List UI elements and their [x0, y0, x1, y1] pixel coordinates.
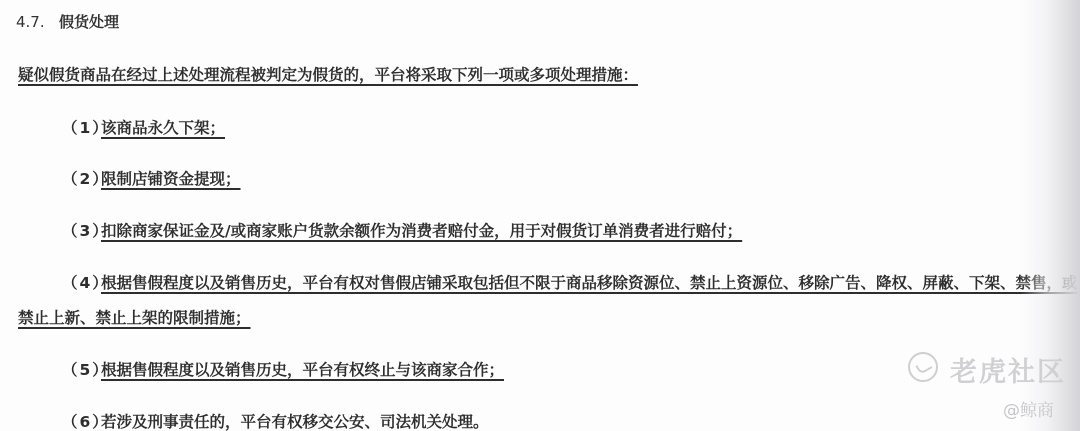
section-heading: 4.7.假货处理 [16, 11, 119, 32]
watermark-brand: 老虎社区 [950, 350, 1066, 389]
section-number: 4.7. [16, 13, 59, 31]
list-item: （3）扣除商家保证金及/或商家账户货款余额作为消费者赔付金，用于对假货订单消费者… [62, 219, 742, 241]
item-label: （3） [62, 219, 101, 241]
item-text: 限制店铺资金提现； [101, 170, 241, 188]
watermark-user: @鲸商 [1003, 396, 1054, 421]
item-label: （2） [62, 167, 101, 189]
item-text: 根据售假程度以及销售历史，平台有权对售假店铺采取包括但不限于商品移除资源位、禁止… [101, 274, 1078, 292]
item-text: 若涉及刑事责任的，平台有权移交公安、司法机关处理。 [101, 413, 489, 431]
list-item: （6）若涉及刑事责任的，平台有权移交公安、司法机关处理。 [62, 410, 489, 431]
item-text: 根据售假程度以及销售历史，平台有权终止与该商家合作； [101, 361, 504, 379]
tiger-logo-icon [908, 352, 938, 382]
item-label: （5） [62, 358, 101, 380]
item-label: （1） [62, 116, 101, 138]
intro-paragraph: 疑似假货商品在经过上述处理流程被判定为假货的，平台将采取下列一项或多项处理措施： [18, 63, 638, 85]
item-label: （4） [62, 271, 101, 293]
section-title: 假货处理 [59, 13, 119, 31]
list-item: （5）根据售假程度以及销售历史，平台有权终止与该商家合作； [62, 358, 504, 380]
item-text: 扣除商家保证金及/或商家账户货款余额作为消费者赔付金，用于对假货订单消费者进行赔… [101, 222, 742, 240]
item-label: （6） [62, 410, 101, 431]
item-text-continuation: 禁止上新、禁止上架的限制措施； [18, 306, 251, 328]
item-text: 该商品永久下架； [101, 119, 225, 137]
list-item: （2）限制店铺资金提现； [62, 167, 241, 189]
list-item: （1）该商品永久下架； [62, 116, 225, 138]
list-item: （4）根据售假程度以及销售历史，平台有权对售假店铺采取包括但不限于商品移除资源位… [62, 271, 1078, 293]
